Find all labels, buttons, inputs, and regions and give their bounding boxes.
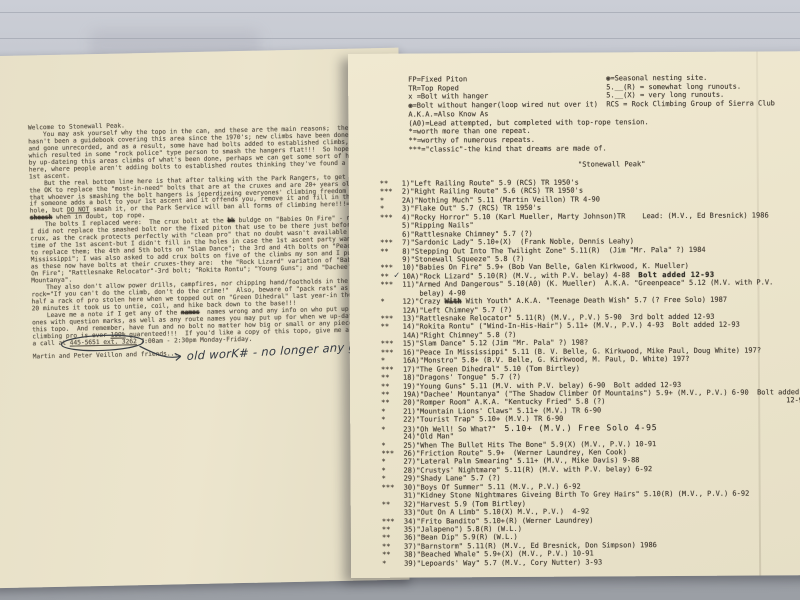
route-stars: *** — [381, 348, 403, 356]
route-stars: *** — [381, 365, 403, 373]
route-stars: *** — [381, 315, 403, 323]
route-stars: ** — [381, 382, 403, 390]
route-stars: *** — [380, 281, 402, 289]
right-page: FP=Fixed PitonTR=Top Ropedx =Bolt with h… — [348, 51, 800, 578]
route-text: 5)"Ripping Nails" — [402, 221, 474, 229]
route-continuation-note: 12-93. — [786, 397, 800, 405]
route-stars: ** — [381, 399, 403, 407]
route-stars: ** — [382, 500, 404, 508]
route-stars: ** — [381, 374, 403, 382]
legend-right-column: ◉=Seasonal nesting site.5.__(R) = somewh… — [606, 73, 775, 109]
route-stars: ** — [381, 323, 403, 331]
route-stars: * — [380, 197, 402, 205]
page-title: "Stonewall Peak" — [402, 159, 800, 170]
route-text: 24)"Old Man" — [403, 432, 454, 440]
route-stars: * — [380, 298, 402, 306]
pen-arrow — [140, 345, 181, 358]
legend-line: ***="classic"-the kind that dreams are m… — [409, 144, 649, 154]
route-stars: * — [381, 458, 403, 466]
route-stars: * — [380, 205, 402, 213]
route-text: belay) 4-90 — [402, 289, 465, 297]
route-stars: *** — [380, 188, 402, 196]
route-stars: *** — [382, 517, 404, 525]
route-stars: *** — [382, 483, 404, 491]
route-stars: ** — [382, 542, 404, 550]
route-stars: ** — [382, 526, 404, 534]
legend-line: RCS = Rock Climbing Group of Sierra Club — [606, 100, 775, 110]
pen-checkmark-icon: ✓ — [393, 271, 400, 280]
route-text: 32)"Harvest 5.9 (Tom Birtley) — [404, 500, 526, 509]
route-text: 18)"Dragons' Tongue" 5.7 (?) — [403, 373, 521, 382]
route-text: 35)"Jalapeno") 5.8(R) (W.L.) — [404, 525, 522, 534]
route-stars: * — [381, 416, 403, 424]
route-stars: * — [381, 357, 403, 365]
route-text: 39)"Lepoards' Way" 5.7 (M.V., Cory Nutte… — [404, 558, 602, 567]
route-text: 12A)"Left Chimney" 5.7 (?) — [403, 306, 513, 315]
route-stars: *** — [381, 450, 403, 458]
route-stars: ** — [380, 180, 402, 188]
route-row: *39)"Lepoards' Way" 5.7 (M.V., Cory Nutt… — [382, 557, 800, 568]
route-text: 9)"Stonewall Squeeze" 5.8 (?) — [402, 255, 524, 264]
background-sheet-line — [0, 12, 800, 13]
pen-circle — [61, 334, 144, 352]
route-stars: * — [381, 441, 403, 449]
photo-scene: Welcome to Stonewall Peak. You may ask y… — [0, 0, 800, 600]
route-stars: ** — [382, 534, 404, 542]
route-stars: * — [382, 467, 404, 475]
route-stars: ** — [380, 247, 402, 255]
route-stars: * — [382, 475, 404, 483]
route-text: 6)"Rattlesnake Chimney" 5.7 (?) — [402, 229, 533, 238]
route-text: 29)"Shady Lane" 5.7 (?) — [404, 474, 501, 483]
route-text: 3)"Flake Out" 5.7 (RCS) TR 1950's — [402, 204, 541, 213]
route-stars: * — [381, 407, 403, 415]
route-stars: *** — [381, 340, 403, 348]
route-stars: ** — [382, 551, 404, 559]
route-stars: *** — [380, 213, 402, 221]
route-text: 36)"Bean Dip" 5.9(R) (W.L.) — [404, 533, 518, 542]
route-text: 14A)"Right Chimney" 5.8 (?) — [403, 331, 517, 340]
route-stars: *** — [380, 239, 402, 247]
route-stars: * — [382, 559, 404, 567]
route-stars: ** — [381, 391, 403, 399]
route-list: **1)"Left Railing Route" 5.9 (RCS) TR 19… — [380, 177, 800, 568]
